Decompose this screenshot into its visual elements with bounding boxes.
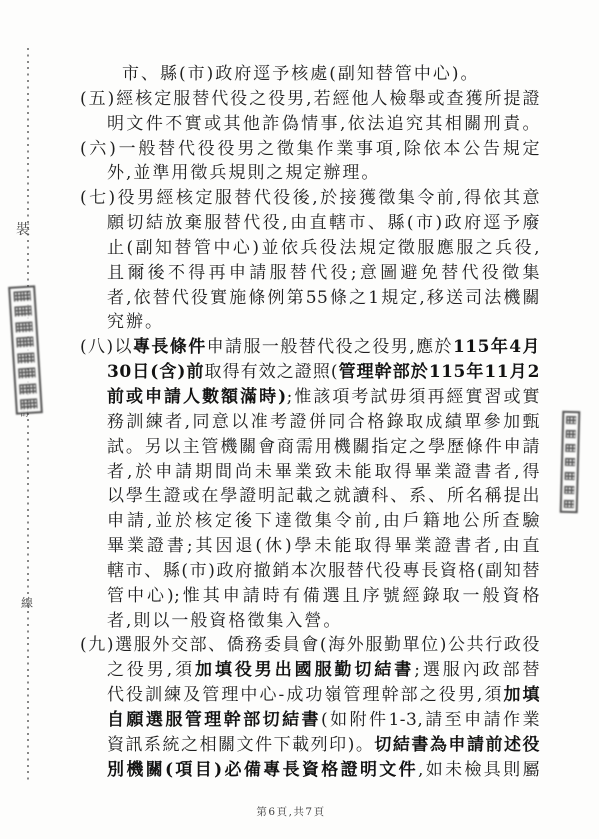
text-line: (九)選服外交部、僑務委員會(海外服勤單位)公共行政役: [80, 633, 540, 658]
text-line: 務訓練者,同意以准考證併同合格錄取成績單參加甄: [80, 410, 540, 435]
text-run: (如附件1-3,請至申請作業: [321, 710, 540, 730]
text-line: 之役男,須加填役男出國服勤切結書;選服內政部替: [80, 658, 540, 683]
text-line: 且爾後不得再申請服替代役;意圖避免替代役徵集: [80, 261, 540, 286]
text-line: 畢業證書;其因退(休)學未能取得畢業證書者,由直: [80, 534, 540, 559]
text-run: 申請,並於核定後下達徵集令前,由戶籍地公所查驗: [107, 511, 540, 531]
text-run: (九)選服外交部、僑務委員會(海外服勤單位)公共行政役: [80, 635, 540, 655]
text-run: 者,則以一般資格徵集入營。: [107, 611, 342, 631]
text-run: 代役訓練及管理中心-成功嶺管理幹部之役男,須: [107, 685, 503, 705]
text-run: 務訓練者,同意以准考證併同合格錄取成績單參加甄: [107, 412, 540, 432]
text-run: 轄市、縣(市)政府撤銷本次服替代役專長資格(副知替: [107, 561, 540, 581]
bold-text-run: 前或申請人數額滿時): [107, 387, 287, 407]
illegible-seal-stamp-left-icon: [8, 285, 43, 414]
text-run: 究辦。: [107, 312, 164, 332]
text-line: 市、縣(市)政府逕予核處(副知替管中心)。: [80, 62, 540, 87]
binding-mark-zhuang: 裝: [16, 219, 30, 239]
text-run: 明文件不實或其他詐偽情事,依法追究其相關刑責。: [107, 114, 540, 134]
binding-mark-xian: 線: [21, 594, 33, 611]
text-run: ,如未檢具則屬: [418, 760, 540, 780]
text-run: 取得有效之證照(: [205, 362, 338, 382]
text-run: (八)以: [80, 337, 133, 357]
text-run: 願切結放棄服替代役,由直轄市、縣(市)政府逕予廢: [107, 213, 540, 233]
bold-text-run: 30日(含)前: [107, 362, 205, 382]
page-footer: 第6頁,共7頁: [0, 804, 582, 819]
text-run: 者,於申請期間尚未畢業致未能取得畢業證書者,得: [107, 462, 540, 482]
bold-text-run: 專長條件: [133, 337, 207, 357]
text-line: 申請,並於核定後下達徵集令前,由戶籍地公所查驗: [80, 509, 540, 534]
text-line: (六)一般替代役役男之徵集作業事項,除依本公告規定: [80, 137, 540, 162]
text-line: 轄市、縣(市)政府撤銷本次服替代役專長資格(副知替: [80, 559, 540, 584]
text-run: 外,並準用徵兵規則之規定辦理。: [107, 163, 380, 183]
text-line: 別機關(項目)必備專長資格證明文件,如未檢具則屬: [80, 758, 540, 783]
text-line: 資訊系統之相關文件下載列印)。切結書為申請前述役: [80, 733, 540, 758]
text-line: 管中心);惟其申請時有備選且序號經錄取一般資格: [80, 584, 540, 609]
text-run: 之役男,須: [107, 660, 195, 680]
text-run: 止(副知替管中心)並依兵役法規定徵服應服之兵役,: [107, 238, 540, 258]
document-text: 市、縣(市)政府逕予核處(副知替管中心)。(五)經核定服替代役之役男,若經他人檢…: [80, 62, 540, 782]
text-run: 市、縣(市)政府逕予核處(副知替管中心)。: [122, 64, 480, 84]
text-line: (五)經核定服替代役之役男,若經他人檢舉或查獲所提證: [80, 87, 540, 112]
text-line: 30日(含)前取得有效之證照(管理幹部於115年11月2日: [80, 360, 540, 385]
text-run: 畢業證書;其因退(休)學未能取得畢業證書者,由直: [107, 536, 540, 556]
text-run: (六)一般替代役役男之徵集作業事項,除依本公告規定: [80, 139, 540, 159]
text-line: 外,並準用徵兵規則之規定辦理。: [80, 161, 540, 186]
text-line: 究辦。: [80, 310, 540, 335]
text-line: (八)以專長條件申請服一般替代役之役男,應於115年4月: [80, 335, 540, 360]
text-run: ;惟該項考試毋須再經實習或實: [287, 387, 540, 407]
text-run: 管中心);惟其申請時有備選且序號經錄取一般資格: [107, 586, 540, 606]
illegible-seal-stamp-right-icon: [560, 411, 581, 513]
text-line: 願切結放棄服替代役,由直轄市、縣(市)政府逕予廢: [80, 211, 540, 236]
bold-text-run: 別機關(項目)必備專長資格證明文件: [107, 760, 418, 780]
text-line: 前或申請人數額滿時);惟該項考試毋須再經實習或實: [80, 385, 540, 410]
text-run: (五)經核定服替代役之役男,若經他人檢舉或查獲所提證: [80, 89, 540, 109]
bold-text-run: 115年4月: [453, 337, 540, 357]
text-line: 以學生證或在學證明記載之就讀科、系、所名稱提出: [80, 484, 540, 509]
text-run: (七)役男經核定服替代役後,於接獲徵集令前,得依其意: [80, 188, 540, 208]
text-line: (七)役男經核定服替代役後,於接獲徵集令前,得依其意: [80, 186, 540, 211]
bold-text-run: 加填: [503, 685, 540, 705]
text-run: 者,依替代役實施條例第55條之1規定,移送司法機關: [107, 288, 540, 308]
bold-text-run: 加填役男出國服勤切結書: [195, 660, 414, 680]
text-line: 者,於申請期間尚未畢業致未能取得畢業證書者,得: [80, 460, 540, 485]
text-line: 代役訓練及管理中心-成功嶺管理幹部之役男,須加填: [80, 683, 540, 708]
text-line: 者,則以一般資格徵集入營。: [80, 609, 540, 634]
text-line: 止(副知替管中心)並依兵役法規定徵服應服之兵役,: [80, 236, 540, 261]
text-run: 申請服一般替代役之役男,應於: [207, 337, 453, 357]
bold-text-run: 自願選服管理幹部切結書: [107, 710, 321, 730]
bold-text-run: 切結書為申請前述役: [374, 735, 540, 755]
text-line: 試。另以主管機關會商需用機關指定之學歷條件申請: [80, 435, 540, 460]
text-run: 試。另以主管機關會商需用機關指定之學歷條件申請: [107, 437, 540, 457]
text-line: 明文件不實或其他詐偽情事,依法追究其相關刑責。: [80, 112, 540, 137]
text-line: 自願選服管理幹部切結書(如附件1-3,請至申請作業: [80, 708, 540, 733]
text-run: 以學生證或在學證明記載之就讀科、系、所名稱提出: [107, 486, 540, 506]
text-run: ;選服內政部替: [414, 660, 540, 680]
text-run: 且爾後不得再申請服替代役;意圖避免替代役徵集: [107, 263, 540, 283]
document-page: 裝 訂 線 市、縣(市)政府逕予核處(副知替管中心)。(五)經核定服替代役之役男…: [0, 0, 599, 839]
text-line: 者,依替代役實施條例第55條之1規定,移送司法機關: [80, 286, 540, 311]
text-run: 資訊系統之相關文件下載列印)。: [107, 735, 374, 755]
